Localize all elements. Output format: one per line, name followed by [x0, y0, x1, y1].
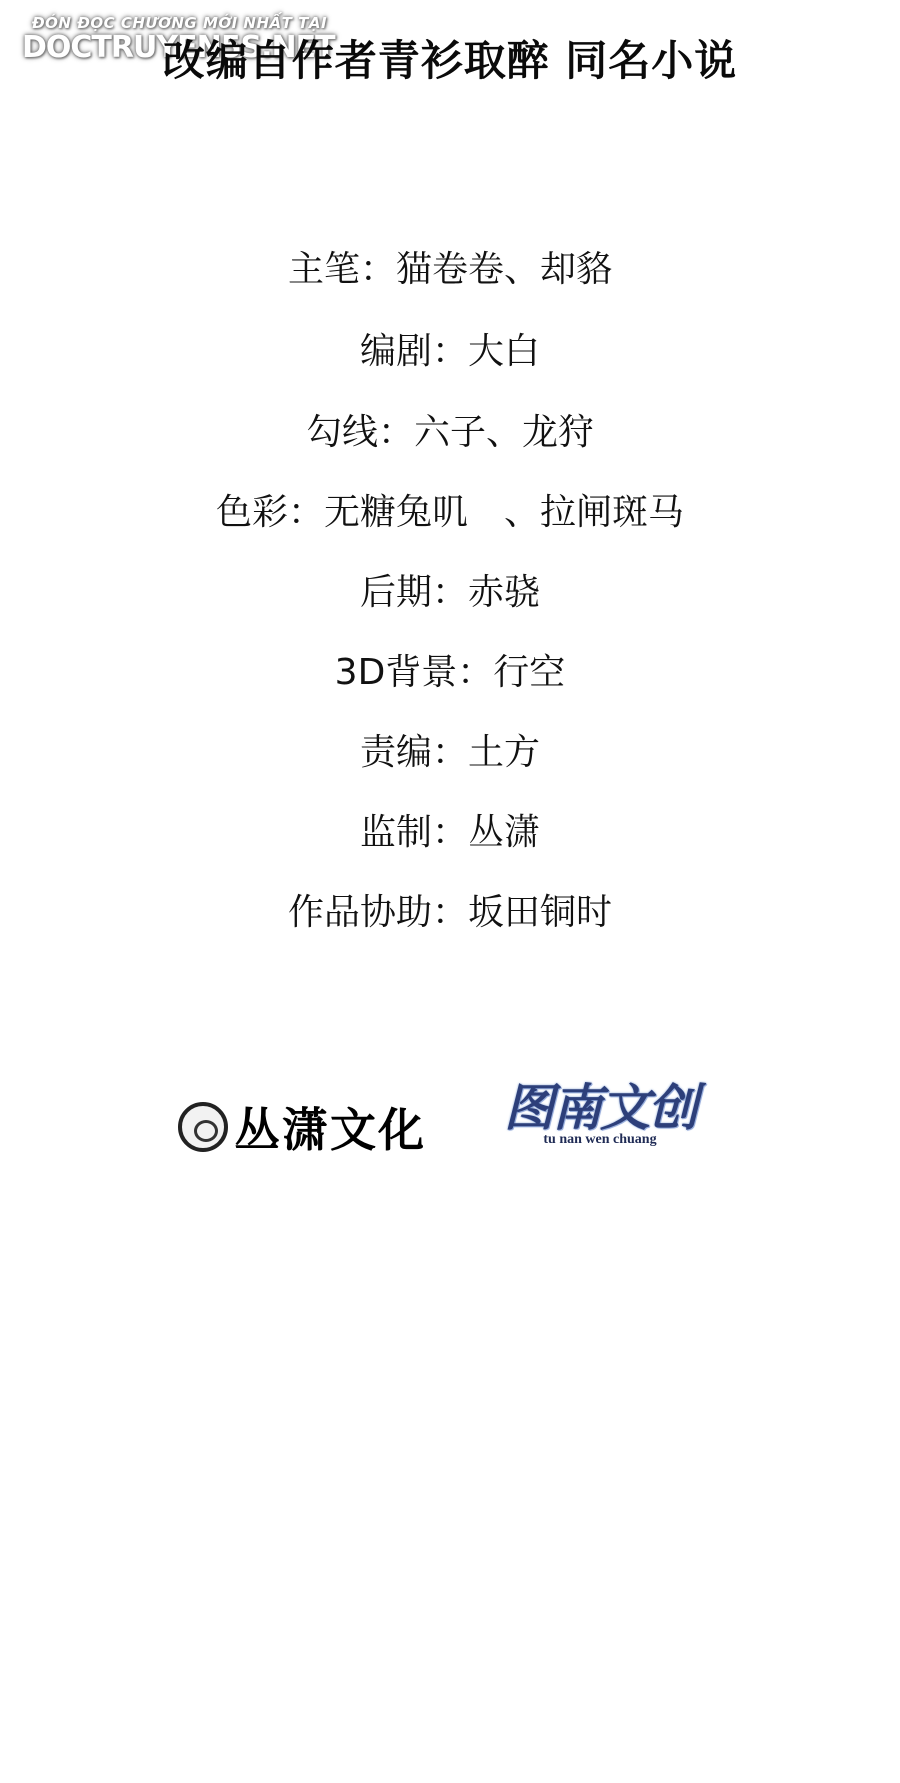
credit-line-lead-artist: 主笔：猫卷卷、却貉: [0, 248, 900, 292]
page-title: 改编自作者青衫取醉 同名小说: [0, 28, 900, 88]
credit-line-producer: 监制：丛潇: [0, 811, 900, 855]
congxiao-logo-text: 丛潇文化: [234, 1094, 426, 1160]
congxiao-logo: 丛潇文化: [178, 1094, 426, 1160]
credit-line-colors: 色彩：无糖兔叽 、拉闸斑马: [0, 491, 900, 535]
credit-line-assistance: 作品协助：坂田铜时: [0, 891, 900, 935]
credit-line-screenwriter: 编剧：大白: [0, 330, 900, 374]
credit-line-lineart: 勾线：六子、龙狩: [0, 411, 900, 455]
publisher-logos: 丛潇文化 图南文创 tu nan wen chuang: [178, 1088, 698, 1168]
credit-line-post-production: 后期：赤骁: [0, 571, 900, 615]
mascot-icon: [178, 1102, 228, 1152]
tunan-logo-chinese: 图南文创: [504, 1080, 696, 1136]
credit-line-editor: 责编：土方: [0, 731, 900, 775]
tunan-logo: 图南文创 tu nan wen chuang: [504, 1080, 696, 1148]
credit-line-3d-background: 3D背景：行空: [0, 651, 900, 695]
